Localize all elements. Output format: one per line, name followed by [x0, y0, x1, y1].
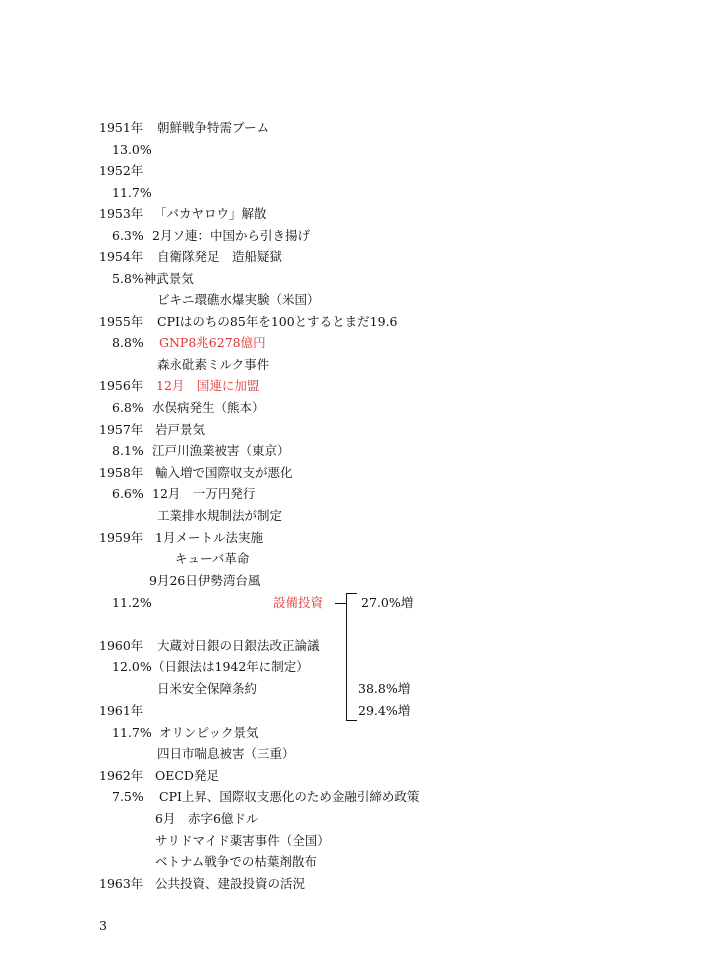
- event-text: 水俣病発生（熊本）: [152, 398, 265, 418]
- event-text: ビキニ環礁水爆実験（米国）: [157, 290, 320, 310]
- year-or-rate: 11.7%: [112, 723, 152, 743]
- year-or-rate: 1955年: [99, 312, 143, 332]
- event-text: 公共投資、建設投資の活況: [155, 874, 305, 894]
- event-text: 9月26日伊勢湾台風: [149, 571, 260, 591]
- year-or-rate: 8.8%: [112, 333, 144, 353]
- event-text: 2月ソ連：中国から引き揚げ: [152, 226, 310, 246]
- event-text: 自衛隊発足 造船疑獄: [157, 247, 282, 267]
- year-or-rate: 6.8%: [112, 398, 144, 418]
- event-text: 工業排水規制法が制定: [157, 506, 282, 526]
- year-or-rate: 1959年: [99, 528, 143, 548]
- growth-note: 38.8%増: [358, 679, 410, 699]
- page-number: 3: [99, 918, 107, 933]
- year-or-rate: 1956年: [99, 376, 143, 396]
- event-text: 「バカヤロウ」解散: [154, 204, 267, 224]
- event-text: ベトナム戦争での枯葉剤散布: [155, 852, 317, 872]
- event-text: キューバ革命: [175, 549, 249, 569]
- year-or-rate: 11.2%: [112, 593, 152, 613]
- year-or-rate: 8.1%: [112, 441, 144, 461]
- growth-note: 29.4%増: [358, 701, 410, 721]
- event-text: サリドマイド薬害事件（全国）: [155, 831, 330, 851]
- bracket-connector: [335, 603, 346, 604]
- event-text: 四日市喘息被害（三重）: [157, 744, 295, 764]
- event-text: GNP8兆6278億円: [159, 333, 266, 353]
- event-text: 大蔵対日銀の日銀法改正論議: [157, 636, 320, 656]
- event-text: CPI上昇、国際収支悪化のため金融引締め政策: [159, 787, 419, 807]
- event-text: 江戸川漁業被害（東京）: [152, 441, 290, 461]
- event-text: 輸入増で国際収支が悪化: [155, 463, 293, 483]
- event-text: 森永砒素ミルク事件: [157, 355, 269, 375]
- year-or-rate: 1952年: [99, 161, 143, 181]
- event-text: （日銀法は1942年に制定）: [152, 657, 309, 677]
- growth-note: 27.0%増: [361, 593, 413, 613]
- year-or-rate: 7.5%: [112, 787, 144, 807]
- year-or-rate: 1960年: [99, 636, 143, 656]
- bracket-top-tick: [346, 593, 357, 594]
- event-text: OECD発足: [155, 766, 219, 786]
- bracket-vertical: [346, 593, 347, 720]
- year-or-rate: 11.7%: [112, 183, 152, 203]
- year-or-rate: 1957年: [99, 420, 143, 440]
- year-or-rate: 1951年: [99, 118, 143, 138]
- event-text: 日米安全保障条約: [157, 679, 257, 699]
- bracket-bottom-tick: [346, 720, 357, 721]
- event-text: 1月メートル法実施: [155, 528, 263, 548]
- year-or-rate: 1954年: [99, 247, 143, 267]
- event-text: オリンピック景気: [159, 723, 259, 743]
- event-text: 朝鮮戦争特需ブーム: [157, 118, 269, 138]
- year-or-rate: 6.3%: [112, 226, 144, 246]
- year-or-rate: 1958年: [99, 463, 143, 483]
- event-text: 12月 一万円発行: [152, 484, 255, 504]
- year-or-rate: 1963年: [99, 874, 143, 894]
- year-or-rate: 5.8%神武景気: [112, 269, 194, 289]
- year-or-rate: 1953年: [99, 204, 143, 224]
- event-text: 12月 国連に加盟: [156, 376, 259, 396]
- year-or-rate: 1961年: [99, 701, 143, 721]
- year-or-rate: 12.0%: [112, 657, 152, 677]
- event-text: CPIはのちの85年を100とするとまだ19.6: [157, 312, 398, 332]
- year-or-rate: 13.0%: [112, 140, 152, 160]
- year-or-rate: 1962年: [99, 766, 143, 786]
- year-or-rate: 6.6%: [112, 484, 144, 504]
- event-text: 6月 赤字6億ドル: [155, 809, 258, 829]
- event-text: 岩戸景気: [155, 420, 205, 440]
- event-text: 設備投資: [273, 593, 323, 613]
